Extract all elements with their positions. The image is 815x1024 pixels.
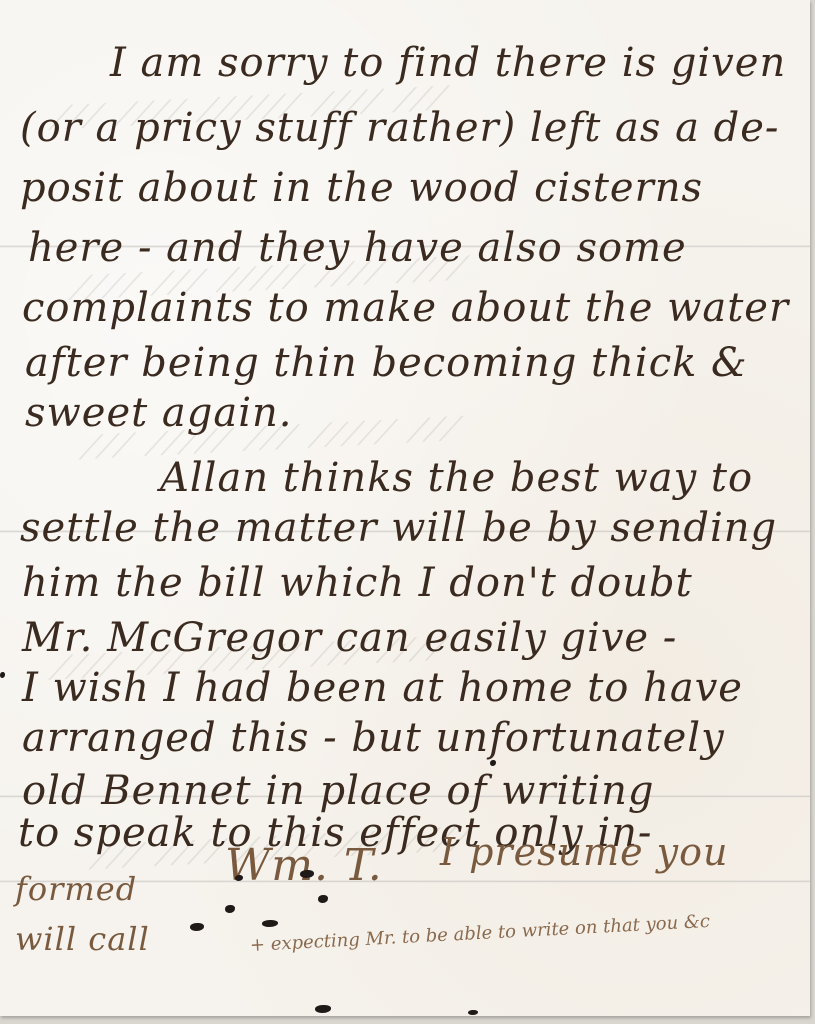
letter-line: complaints to make about the water (22, 285, 789, 331)
ink-blot (468, 1010, 478, 1015)
letter-page: /// //// ////// //// /// //// /// ///// … (0, 0, 810, 1016)
ink-blot (190, 923, 204, 931)
letter-line: settle the matter will be by sending (20, 505, 777, 551)
letter-line: formed (15, 870, 137, 908)
letter-line: old Bennet in place of writing (22, 768, 655, 814)
letter-line: (or a pricy stuff rather) left as a de- (20, 105, 779, 151)
ink-blot (490, 760, 496, 766)
ink-blot (262, 920, 278, 927)
ink-blot (0, 672, 5, 678)
letter-line: Allan thinks the best way to (160, 455, 753, 501)
interlinear-phrase: I presume you (440, 830, 728, 874)
letter-line: Mr. McGregor can easily give - (22, 615, 677, 661)
letter-line: sweet again. (25, 390, 292, 436)
interlinear-initials: Wm. T. (225, 840, 383, 891)
letter-line: will call (15, 920, 150, 958)
footnote-line: + expecting Mr. to be able to write on t… (249, 911, 710, 956)
letter-line: I am sorry to find there is given (110, 40, 786, 86)
ink-blot (318, 895, 328, 903)
letter-line: posit about in the wood cisterns (20, 165, 703, 211)
ink-blot (315, 1005, 331, 1013)
letter-line: him the bill which I don't doubt (22, 560, 693, 606)
letter-line: I wish I had been at home to have (22, 665, 743, 711)
letter-line: here - and they have also some (28, 225, 687, 271)
ink-blot (225, 905, 235, 913)
letter-line: after being thin becoming thick & (25, 340, 748, 386)
letter-line: arranged this - but unfortunately (22, 715, 725, 761)
